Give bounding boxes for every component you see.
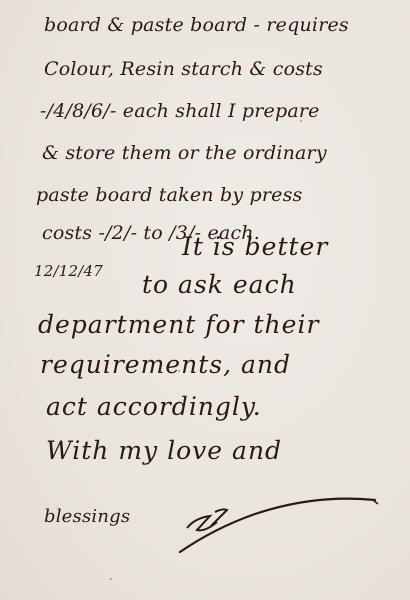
note-line-4: & store them or the ordinary	[42, 142, 327, 164]
reply-line-2: to ask each	[142, 270, 297, 299]
note-line-2: Colour, Resin starch & costs	[44, 58, 323, 80]
reply-line-5: act accordingly.	[46, 392, 262, 421]
note-line-5: paste board taken by press	[36, 184, 303, 206]
paper-speck	[300, 120, 302, 122]
handwritten-letter-page: board & paste board - requires Colour, R…	[0, 0, 410, 600]
closing-word: blessings	[44, 506, 130, 527]
reply-line-6: With my love and	[46, 436, 282, 465]
paper-speck	[178, 370, 180, 372]
note-line-1: board & paste board - requires	[44, 14, 349, 36]
reply-line-4: requirements, and	[40, 350, 291, 379]
note-line-3: -/4/8/6/- each shall I prepare	[40, 100, 320, 122]
reply-line-3: department for their	[38, 310, 319, 339]
paper-speck	[110, 578, 112, 580]
letter-date: 12/12/47	[34, 262, 103, 280]
reply-line-1: It is better	[182, 232, 328, 261]
signature-flourish-icon	[175, 488, 385, 568]
